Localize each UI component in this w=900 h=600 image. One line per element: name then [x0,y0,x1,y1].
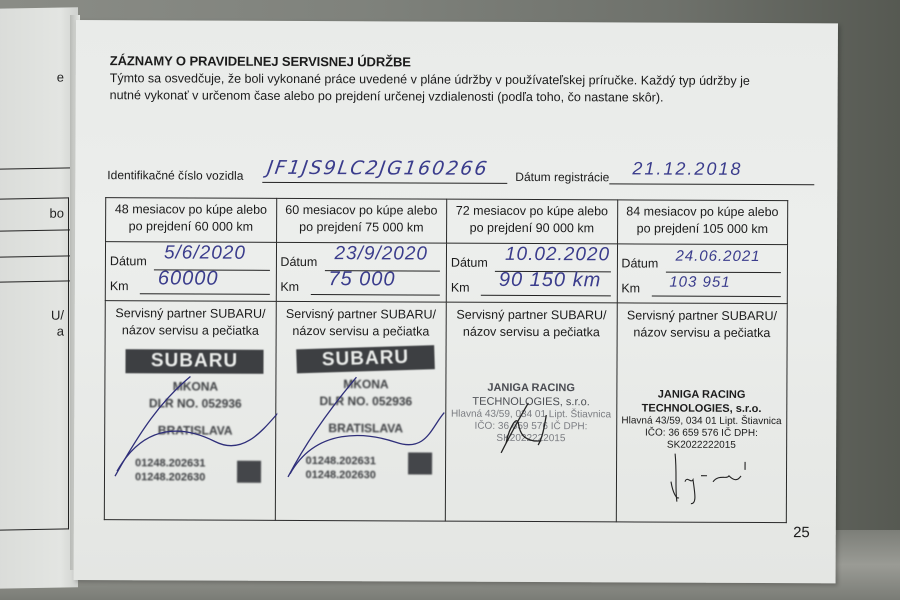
dealer-stamp-cell: Servisný partner SUBARU/názov servisu a … [104,301,275,521]
dealer-stamp-cell: Servisný partner SUBARU/názov servisu a … [275,301,446,521]
partner-caption: Servisný partner SUBARU/názov servisu a … [617,307,787,342]
stamp-seal-box [408,452,432,474]
service-date-handwritten: 24.06.2021 [675,248,760,265]
interval-line-1: 48 mesiacov po kúpe alebo [106,201,276,219]
stamp-row: Servisný partner SUBARU/názov servisu a … [104,301,787,523]
janiga-dealer-stamp: JANIGA RACING TECHNOLOGIES, s.r.o. Hlavn… [446,381,616,446]
left-page-text: bo [50,205,64,220]
service-km-handwritten: 90 150 km [499,269,601,292]
intro-line-2: nutné vykonať v určenom čase alebo po pr… [110,87,810,107]
left-page-table [0,197,69,530]
date-km-row: Dátum 5/6/2020 Km 60000 Dátum 23/9/2020 … [105,242,787,304]
stamp-ids: IČO: 36 659 576 IČ DPH: SK2022222015 [617,427,787,452]
partner-caption: Servisný partner SUBARU/názov servisu a … [447,307,617,342]
interval-line-2: po prejdení 75 000 km [277,219,447,237]
service-date-handwritten: 10.02.2020 [505,244,610,266]
service-km-handwritten: 60000 [158,267,219,290]
interval-header: 72 mesiacov po kúpe alebopo prejdení 90 … [447,199,618,244]
stamp-dealer-name: MKONA [296,377,436,392]
interval-line-2: po prejdení 60 000 km [106,218,276,236]
registration-date-handwritten-value: 21.12.2018 [632,158,742,179]
interval-line-2: po prejdení 90 000 km [447,220,617,238]
partner-caption: Servisný partner SUBARU/názov servisu a … [276,306,446,341]
dealer-stamp-cell: Servisný partner SUBARU/názov servisu a … [616,303,787,523]
km-underline [651,296,781,298]
stamp-code: 01248.202630 [305,469,375,481]
interval-header: 84 mesiacov po kúpe alebopo prejdení 105… [617,200,788,245]
km-underline [481,295,611,297]
subaru-logo-stamp: SUBARU [296,345,435,373]
date-label: Dátum [110,254,147,268]
stamp-company-name: JANIGA RACING [617,387,787,402]
service-records-table: 48 mesiacov po kúpe alebopo prejdení 60 … [104,197,788,523]
interval-line-1: 60 mesiacov po kúpe alebo [277,202,447,220]
stamp-ids: IČO: 36 659 576 IČ DPH: SK2022222015 [446,421,616,446]
page-number: 25 [793,524,810,541]
interval-header: 60 mesiacov po kúpe alebopo prejdení 75 … [276,198,447,243]
vin-label: Identifikačné číslo vozidla [107,168,243,183]
service-values-cell: Dátum 10.02.2020 Km 90 150 km [446,243,617,303]
interval-header: 48 mesiacov po kúpe alebopo prejdení 60 … [106,198,277,243]
service-values-cell: Dátum 5/6/2020 Km 60000 [105,242,276,302]
service-km-handwritten: 103 951 [669,274,730,291]
vin-handwritten-value: JF1JS9LC2JG160266 [266,157,490,180]
stamp-city: BRATISLAVA [296,421,436,436]
service-values-cell: Dátum 23/9/2020 Km 75 000 [276,242,447,302]
interval-header-row: 48 mesiacov po kúpe alebopo prejdení 60 … [106,198,788,245]
date-label: Dátum [451,256,488,270]
service-record-page: ZÁZNAMY O PRAVIDELNEJ SERVISNEJ ÚDRŽBE T… [74,20,838,583]
interval-line-2: po prejdení 105 000 km [618,220,788,238]
partner-caption: Servisný partner SUBARU/názov servisu a … [106,305,276,340]
stamp-city: BRATISLAVA [125,423,265,438]
interval-line-1: 84 mesiacov po kúpe alebo [618,203,788,221]
subaru-logo-stamp: SUBARU [125,349,263,374]
registration-date-label: Dátum registrácie [515,170,609,184]
date-label: Dátum [621,256,658,270]
left-page-text: U/ [51,307,64,322]
left-page-text: a [57,323,64,338]
left-page-text: e [57,69,64,84]
service-values-cell: Dátum 24.06.2021 Km 103 951 [617,244,788,304]
stamp-code: 01248.202631 [135,457,205,469]
km-label: Km [280,280,299,294]
stamp-code: 01248.202630 [135,471,205,483]
janiga-dealer-stamp: JANIGA RACING TECHNOLOGIES, s.r.o. Hlavn… [617,387,787,452]
page-title: ZÁZNAMY O PRAVIDELNEJ SERVISNEJ ÚDRŽBE [110,53,411,69]
stamp-company-name: TECHNOLOGIES, s.r.o. [617,401,787,416]
km-underline [140,293,270,295]
km-underline [310,294,440,296]
km-label: Km [110,279,129,293]
stamp-code: 01248.202631 [306,455,376,467]
km-label: Km [451,281,470,295]
date-label: Dátum [280,255,317,269]
stamp-address: Hlavná 43/59, 034 01 Lipt. Štiavnica [617,415,787,428]
vehicle-info-row: Identifikačné číslo vozidla JF1JS9LC2JG1… [107,163,797,188]
stamp-seal-box [237,461,261,483]
service-date-handwritten: 5/6/2020 [164,242,246,264]
stamp-address: Hlavná 43/59, 034 01 Lipt. Štiavnica [446,409,616,422]
dealer-stamp-cell: Servisný partner SUBARU/názov servisu a … [445,302,616,522]
vin-underline [262,182,507,184]
interval-line-1: 72 mesiacov po kúpe alebo [447,203,617,221]
stamp-dealer-number: DLR NO. 052936 [296,394,436,409]
stamp-dealer-number: DLR NO. 052936 [125,396,265,411]
service-km-handwritten: 75 000 [328,268,395,291]
left-page-line [0,167,72,169]
intro-text: Týmto sa osvedčuje, že boli vykonané prá… [110,70,810,107]
subaru-dealer-stamp: SUBARU MKONA DLR NO. 052936 BRATISLAVA 0… [125,349,266,480]
stamp-dealer-name: MKONA [125,379,265,394]
km-label: Km [621,281,640,295]
registration-underline [609,183,814,185]
stamp-company-name: TECHNOLOGIES, s.r.o. [446,395,616,410]
left-page-fragment: e bo U/ a [0,7,78,589]
subaru-dealer-stamp: SUBARU MKONA DLR NO. 052936 BRATISLAVA 0… [296,347,437,478]
stamp-company-name: JANIGA RACING [446,381,616,396]
service-date-handwritten: 23/9/2020 [334,243,428,265]
